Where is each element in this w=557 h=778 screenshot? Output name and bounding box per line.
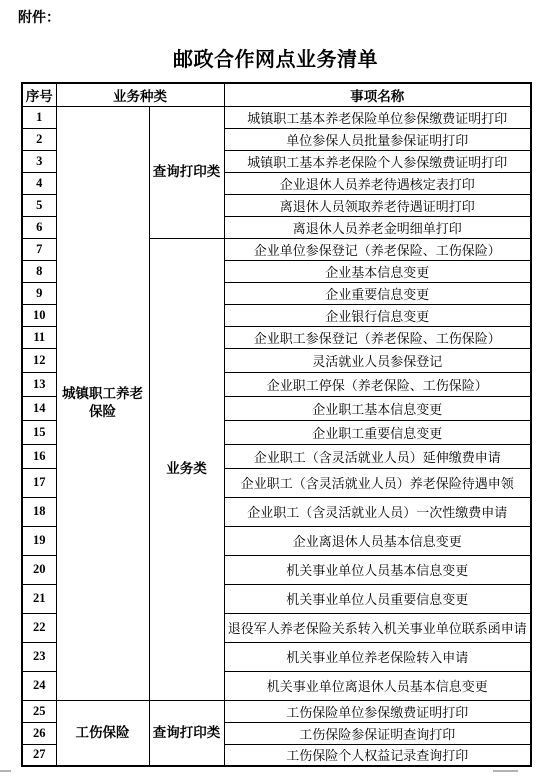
- business-type-cell: 查询打印类: [149, 106, 224, 238]
- row-serial: 17: [22, 468, 56, 497]
- row-serial: 20: [22, 555, 56, 584]
- item-name-cell: 机关事业单位人员基本信息变更: [224, 555, 531, 584]
- row-serial: 15: [22, 420, 56, 444]
- item-name-cell: 企业职工停保（养老保险、工伤保险）: [224, 372, 531, 396]
- table-row: 25工伤保险查询打印类工伤保险单位参保缴费证明打印: [22, 700, 531, 722]
- item-name-cell: 工伤保险单位参保缴费证明打印: [224, 700, 531, 722]
- row-serial: 13: [22, 372, 56, 396]
- item-name-cell: 企业重要信息变更: [224, 282, 531, 304]
- header-item: 事项名称: [224, 83, 531, 106]
- item-name-cell: 离退休人员领取养老待遇证明打印: [224, 194, 531, 216]
- item-name-cell: 单位参保人员批量参保证明打印: [224, 128, 531, 150]
- business-table: 序号 业务种类 事项名称 1城镇职工养老保险查询打印类城镇职工基本养老保险单位参…: [21, 82, 532, 767]
- item-name-cell: 企业离退休人员基本信息变更: [224, 526, 531, 555]
- row-serial: 6: [22, 216, 56, 238]
- item-name-cell: 企业职工（含灵活就业人员）延伸缴费申请: [224, 444, 531, 468]
- row-serial: 18: [22, 497, 56, 526]
- business-table-body: 1城镇职工养老保险查询打印类城镇职工基本养老保险单位参保缴费证明打印2单位参保人…: [22, 106, 531, 766]
- item-name-cell: 灵活就业人员参保登记: [224, 348, 531, 372]
- row-serial: 14: [22, 396, 56, 420]
- item-name-cell: 机关事业单位养老保险转入申请: [224, 642, 531, 671]
- item-name-cell: 企业职工（含灵活就业人员）一次性缴费申请: [224, 497, 531, 526]
- row-serial: 23: [22, 642, 56, 671]
- item-name-cell: 企业职工（含灵活就业人员）养老保险待遇申领: [224, 468, 531, 497]
- row-serial: 24: [22, 671, 56, 700]
- business-category-cell: 城镇职工养老保险: [56, 106, 149, 700]
- row-serial: 10: [22, 304, 56, 326]
- item-name-cell: 企业银行信息变更: [224, 304, 531, 326]
- item-name-cell: 城镇职工基本养老保险单位参保缴费证明打印: [224, 106, 531, 128]
- item-name-cell: 企业单位参保登记（养老保险、工伤保险）: [224, 238, 531, 260]
- business-type-cell: 查询打印类: [149, 700, 224, 766]
- item-name-cell: 城镇职工基本养老保险个人参保缴费证明打印: [224, 150, 531, 172]
- item-name-cell: 企业退休人员养老待遇核定表打印: [224, 172, 531, 194]
- item-name-cell: 工伤保险个人权益记录查询打印: [224, 744, 531, 766]
- row-serial: 26: [22, 722, 56, 744]
- item-name-cell: 机关事业单位离退休人员基本信息变更: [224, 671, 531, 700]
- row-serial: 25: [22, 700, 56, 722]
- row-serial: 8: [22, 260, 56, 282]
- table-header-row: 序号 业务种类 事项名称: [22, 83, 531, 106]
- row-serial: 11: [22, 326, 56, 348]
- header-serial: 序号: [22, 83, 56, 106]
- item-name-cell: 企业职工参保登记（养老保险、工伤保险）: [224, 326, 531, 348]
- row-serial: 2: [22, 128, 56, 150]
- item-name-cell: 工伤保险参保证明查询打印: [224, 722, 531, 744]
- page-edge-artifact-right: [493, 770, 518, 772]
- item-name-cell: 企业基本信息变更: [224, 260, 531, 282]
- header-category: 业务种类: [56, 83, 224, 106]
- row-serial: 5: [22, 194, 56, 216]
- page-title: 邮政合作网点业务清单: [21, 43, 530, 72]
- row-serial: 16: [22, 444, 56, 468]
- row-serial: 19: [22, 526, 56, 555]
- item-name-cell: 机关事业单位人员重要信息变更: [224, 584, 531, 613]
- item-name-cell: 退役军人养老保险关系转入机关事业单位联系函申请: [224, 613, 531, 642]
- row-serial: 22: [22, 613, 56, 642]
- item-name-cell: 企业职工重要信息变更: [224, 420, 531, 444]
- table-row: 1城镇职工养老保险查询打印类城镇职工基本养老保险单位参保缴费证明打印: [22, 106, 531, 128]
- item-name-cell: 企业职工基本信息变更: [224, 396, 531, 420]
- row-serial: 27: [22, 744, 56, 766]
- row-serial: 1: [22, 106, 56, 128]
- row-serial: 9: [22, 282, 56, 304]
- row-serial: 4: [22, 172, 56, 194]
- row-serial: 21: [22, 584, 56, 613]
- document-page: 附件： 邮政合作网点业务清单 序号 业务种类 事项名称 1城镇职工养老保险查询打…: [0, 0, 557, 778]
- row-serial: 3: [22, 150, 56, 172]
- item-name-cell: 离退休人员养老金明细单打印: [224, 216, 531, 238]
- page-edge-artifact-left: [0, 770, 11, 772]
- business-type-cell: 业务类: [149, 238, 224, 700]
- row-serial: 12: [22, 348, 56, 372]
- attachment-label: 附件：: [18, 7, 60, 27]
- business-category-cell: 工伤保险: [56, 700, 149, 766]
- row-serial: 7: [22, 238, 56, 260]
